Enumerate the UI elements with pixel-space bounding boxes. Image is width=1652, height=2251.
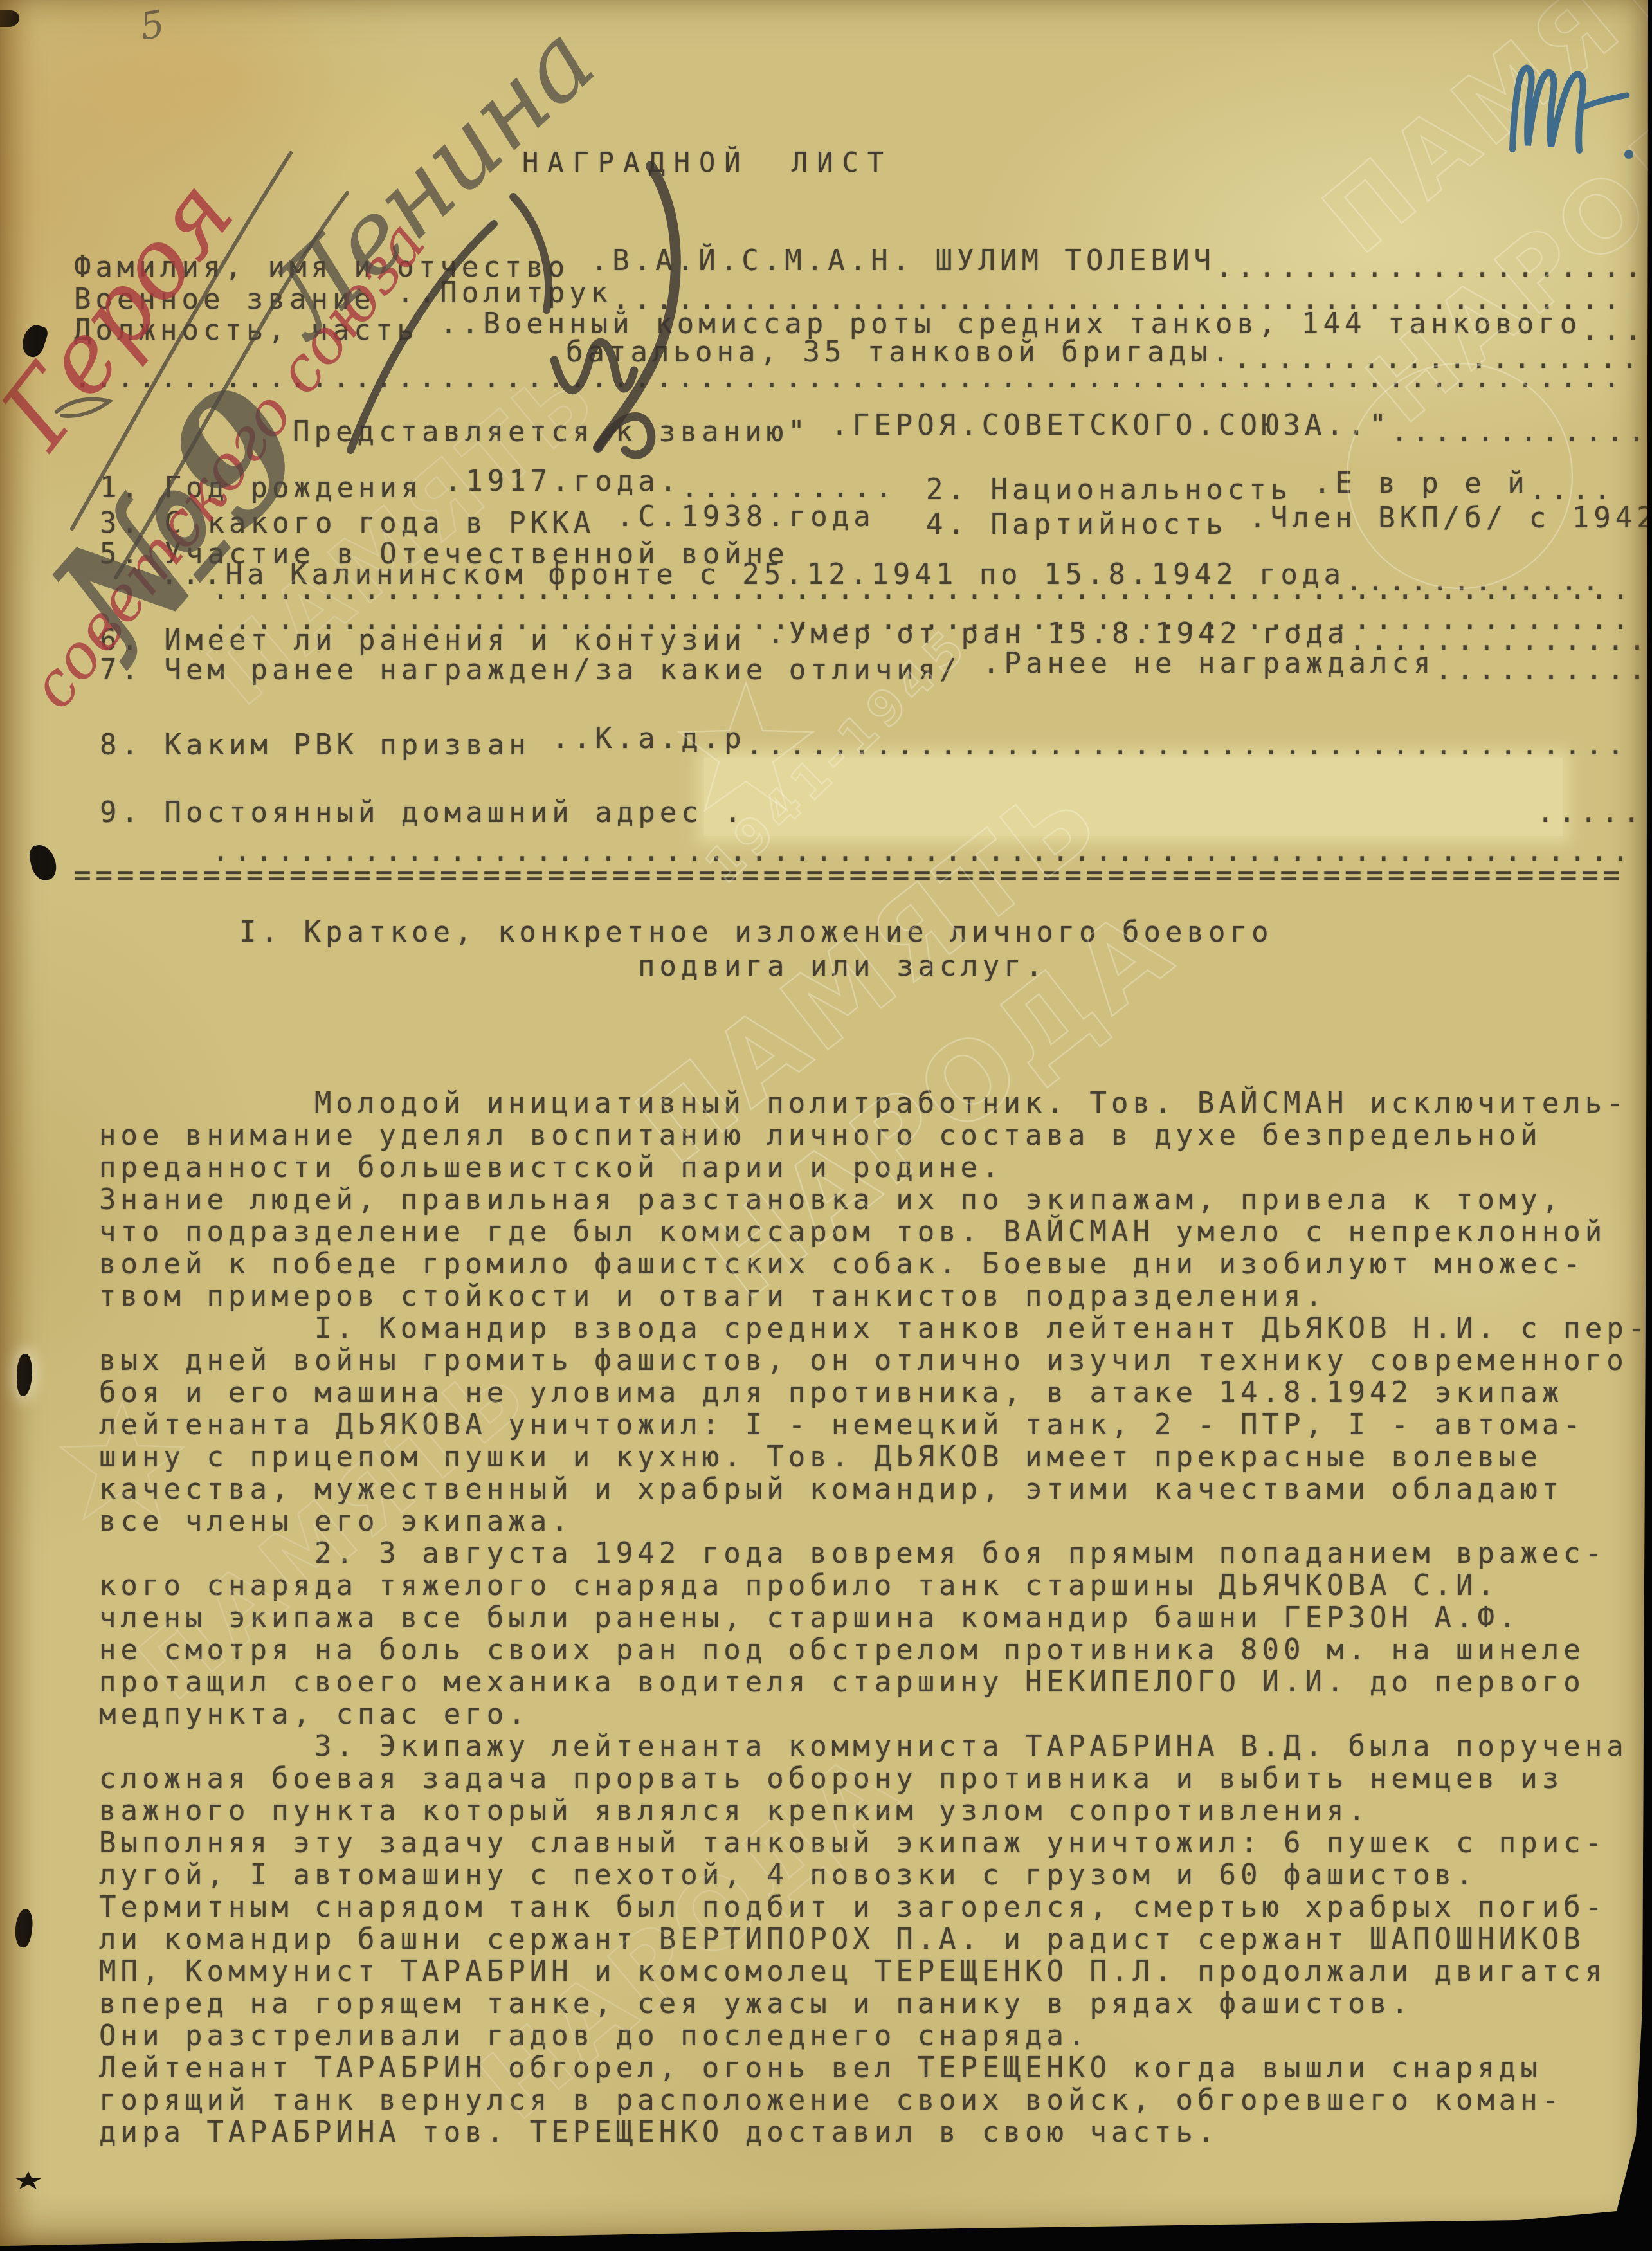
field-divider-trail: ========================================…: [74, 859, 1624, 892]
body-line: медпункта, спас его.: [99, 1698, 530, 1731]
field-dotsA-trail: ........................................…: [74, 361, 1624, 394]
body-line: Знание людей, правильная разстановка их …: [99, 1183, 1563, 1216]
body-line: горящий танк вернулся в расположение сво…: [99, 2084, 1563, 2117]
field-q4-label: 4. Партийность: [926, 508, 1249, 541]
field-q6-val: .Умер от ран 15.8.1942 года: [767, 617, 1348, 650]
field-divider: ========================================…: [74, 859, 1624, 892]
blue-pen-dot: [1624, 150, 1633, 159]
field-q4-val: .Член ВКП/б/ с 1942: [1249, 502, 1652, 534]
blue-pen-corner-mark: [1512, 68, 1633, 159]
field-q9dots: .........: [1537, 796, 1652, 829]
field-nominated: Представляется к званию" .ГЕРОЯ.СОВЕТСКО…: [293, 415, 1652, 448]
field-position-label: Должность, часть: [74, 314, 440, 347]
field-q1-trail: ..........: [681, 471, 896, 504]
field-nominated-val: .ГЕРОЯ.СОВЕТСКОГО.СОЮЗА..": [831, 409, 1391, 442]
field-rank-label: Военное звание: [74, 283, 397, 316]
body-line: вперед на горящем танке, сея ужасы и пан…: [99, 1987, 1413, 2020]
field-q7-val: .Ранее не награждался: [983, 647, 1435, 680]
body-line: все члены его экипажа.: [99, 1505, 573, 1538]
body-line: МП, Коммунист ТАРАБРИН и комсомолец ТЕРЕ…: [99, 1955, 1606, 1988]
body-line: качества, мужественный и храбрый команди…: [99, 1473, 1563, 1506]
field-q3-label: 3. С какого года в РККА: [100, 507, 617, 540]
body-line: члены экипажа все были ранены, старшина …: [99, 1601, 1520, 1634]
field-q9: 9. Постоянный домашний адрес .: [100, 796, 746, 829]
field-surname-trail: ....................: [1215, 251, 1646, 284]
field-q8-val: ..К.а.д.р: [552, 722, 745, 755]
field-q3-val: .С.1938.года: [617, 500, 875, 533]
body-line: 2. 3 августа 1942 года вовремя боя прямы…: [99, 1537, 1606, 1570]
body-line: Термитным снарядом танк был подбит и заг…: [99, 1891, 1606, 1924]
body-line: протащил своего механика водителя старши…: [99, 1666, 1585, 1699]
scan-edge-mark: [0, 10, 19, 27]
field-q9dots-trail: .........: [1537, 796, 1652, 829]
field-nominated-label: Представляется к званию": [293, 415, 831, 448]
field-q2-val: .Е в р е й: [1314, 467, 1529, 500]
field-q6-label: 6. Имеет ли ранения и контузии: [100, 624, 767, 657]
field-q7-label: 7. Чем ранее награжден/за какие отличия/: [100, 653, 983, 686]
body-line: Молодой инициативный политработник. Тов.…: [99, 1087, 1628, 1120]
field-nominated-trail: ..............: [1391, 415, 1652, 448]
field-q8-label: 8. Каким РВК призван: [100, 729, 552, 761]
punch-hole: [17, 1354, 32, 1396]
body-line: ли командир башни сержант ВЕРТИПОРОХ П.А…: [99, 1923, 1585, 1956]
body-line: не смотря на боль своих ран под обстрело…: [99, 1634, 1585, 1666]
field-q1-label: 1. Год рождения: [100, 471, 444, 504]
body-line: Лейтенант ТАРАБРИН обгорел, огонь вел ТЕ…: [99, 2052, 1542, 2084]
body-line: лейтенанта ДЬЯКОВА уничтожил: I - немецк…: [99, 1408, 1585, 1441]
svg-text:ПАМЯТЬ: ПАМЯТЬ: [1303, 0, 1652, 275]
field-surname-val: .В.А.Й.С.М.А.Н. ШУЛИМ ТОЛЕВИЧ: [591, 244, 1215, 277]
erased-address-patch: [704, 758, 1563, 836]
body-line: вых дней войны громить фашистов, он отли…: [99, 1344, 1628, 1377]
field-q1: 1. Год рождения .1917.года...........: [100, 471, 896, 504]
field-q7: 7. Чем ранее награжден/за какие отличия/…: [100, 653, 1650, 686]
body-line: ное внимание уделял воспитанию личного с…: [99, 1119, 1542, 1152]
field-q9-label: 9. Постоянный домашний адрес .: [100, 796, 746, 829]
field-dotsA: ........................................…: [74, 361, 1624, 394]
body-line: I. Командир взвода средних танков лейтен…: [99, 1312, 1649, 1345]
ink-blot: [19, 322, 50, 360]
field-q8: 8. Каким РВК призван ..К.а.д.р..........…: [100, 729, 1629, 761]
body-line: боя и его машина не уловима для противни…: [99, 1376, 1563, 1409]
body-line: Они разстреливали гадов до последнего сн…: [99, 2019, 1090, 2052]
body-line: 3. Экипажу лейтенанта коммуниста ТАРАБРИ…: [99, 1730, 1628, 1763]
body-line: Выполняя эту задачу славный танковый эки…: [99, 1827, 1606, 1859]
document-title: НАГРАДНОЙ ЛИСТ: [522, 147, 893, 178]
paper-sheet: НАГРАДНОЙ ЛИСТ Фамилия, имя и отчество .…: [0, 0, 1652, 2251]
field-dotsB-trail: ........................................…: [212, 573, 1633, 606]
pencil-page-figure: 5: [137, 1, 168, 48]
punch-hole: [13, 1908, 35, 1948]
field-q3: 3. С какого года в РККА .С.1938.года: [100, 507, 875, 540]
field-surname: Фамилия, имя и отчество .В.А.Й.С.М.А.Н. …: [74, 251, 1646, 284]
ink-blot: [28, 843, 59, 883]
body-line: важного пункта который являлся крепким у…: [99, 1794, 1370, 1827]
body-line: кого снаряда тяжелого снаряда пробило та…: [99, 1569, 1499, 1602]
section-heading-line2: подвига или заслуг.: [638, 950, 1047, 983]
field-q8-trail: ........................................…: [746, 729, 1629, 761]
body-line: что подразделение где был комиссаром тов…: [99, 1216, 1606, 1248]
section-heading-line1: I. Краткое, конкретное изложение личного…: [239, 916, 1273, 949]
body-line: дира ТАРАБРИНА тов. ТЕРЕЩЕНКО доставил в…: [99, 2116, 1219, 2149]
body-line: твом примеров стойкости и отваги танкист…: [99, 1280, 1327, 1313]
body-line: шину с прицепом пушки и кухню. Тов. ДЬЯК…: [99, 1441, 1542, 1473]
field-q1-val: .1917.года.: [444, 465, 681, 498]
body-line: сложная боевая задача прорвать оборону п…: [99, 1762, 1563, 1795]
field-rank-val: ..Политрук: [397, 277, 612, 309]
body-line: лугой, I автомашину с пехотой, 4 повозки…: [99, 1859, 1477, 1891]
field-q4: 4. Партийность .Член ВКП/б/ с 1942: [926, 508, 1652, 541]
ink-star-blot: [15, 2171, 41, 2189]
body-line: волей к победе громило фашистских собак.…: [99, 1248, 1585, 1280]
body-line: преданности большевистской парии и родин…: [99, 1151, 1004, 1184]
scanned-award-document: НАГРАДНОЙ ЛИСТ Фамилия, имя и отчество .…: [0, 0, 1652, 2251]
field-q7-trail: ..........: [1435, 653, 1650, 686]
field-dotsB: ........................................…: [212, 573, 1633, 606]
